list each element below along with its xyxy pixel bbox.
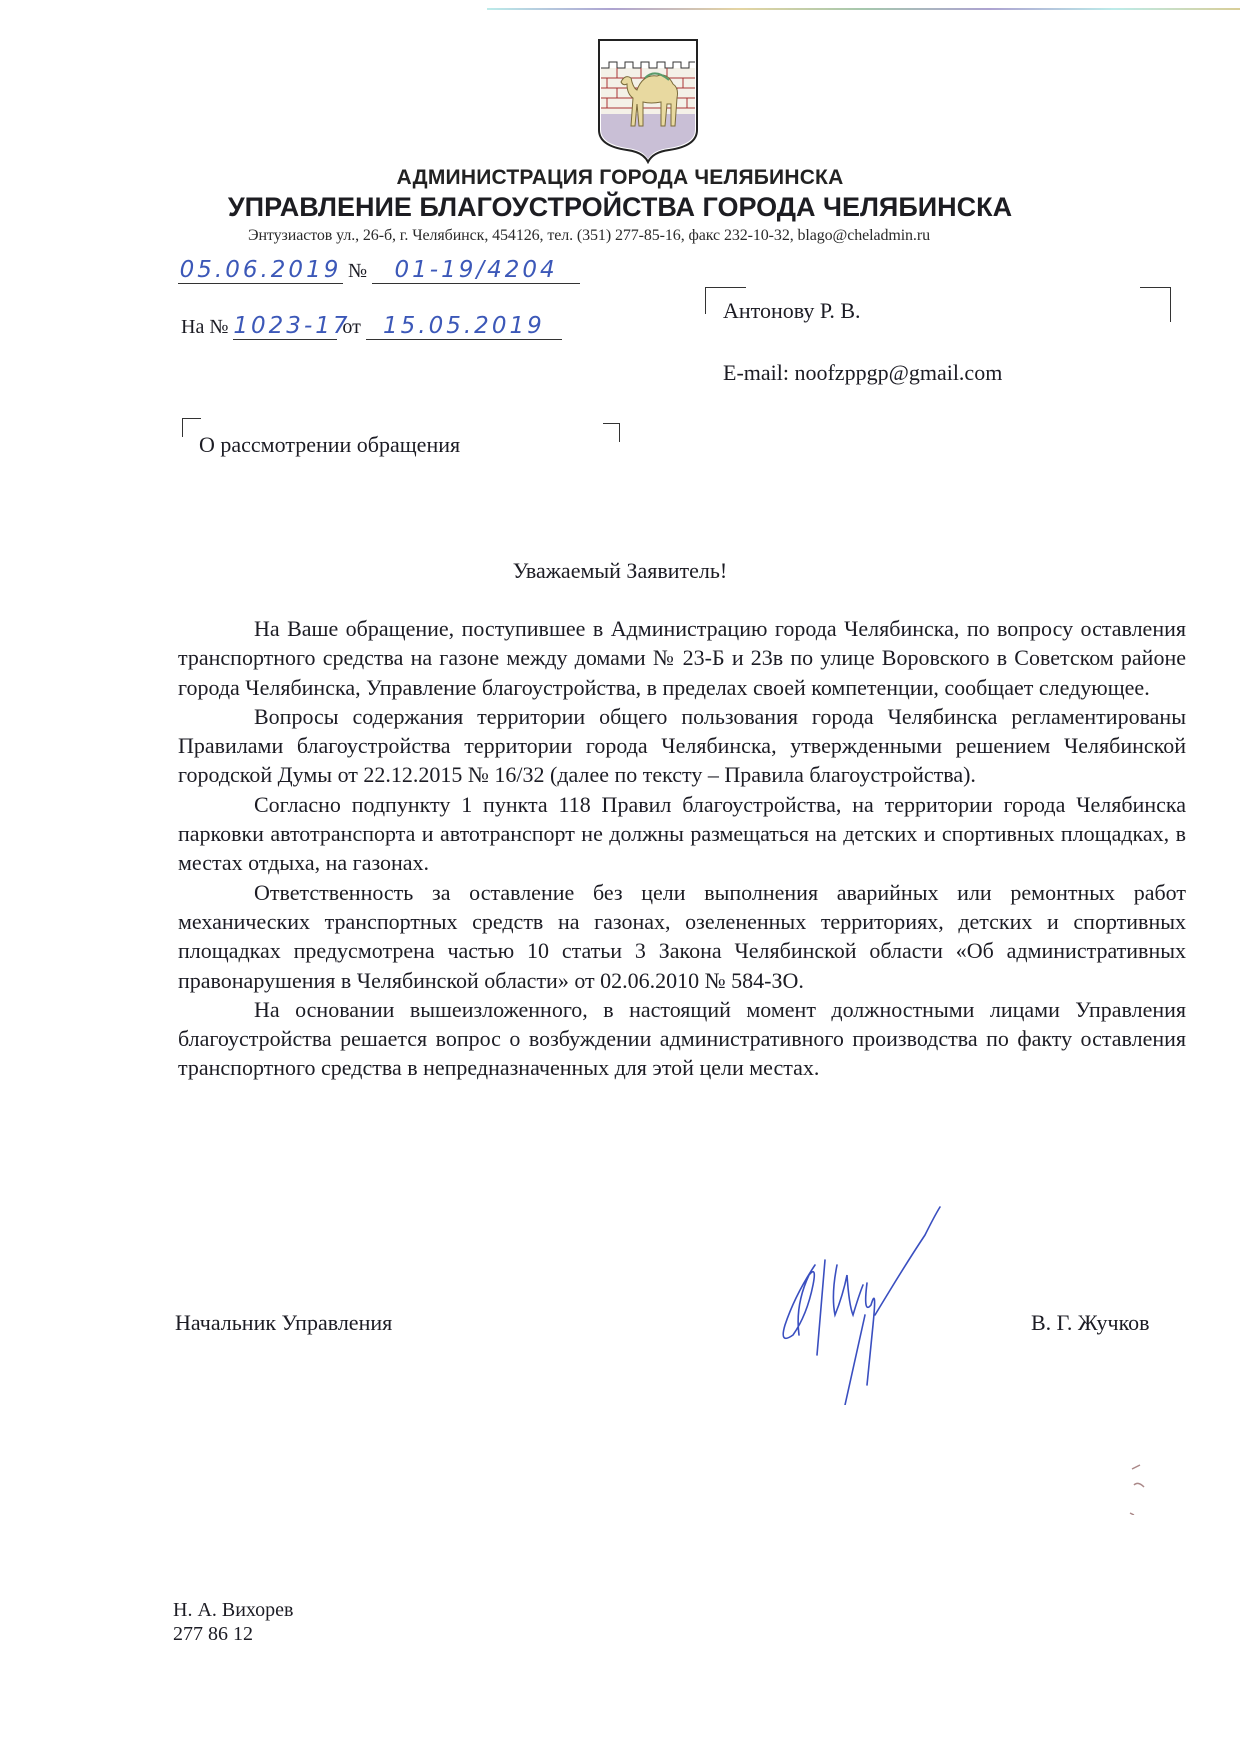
outgoing-registration: 05.06.2019 № 01-19/4204 (178, 257, 580, 284)
subject-bracket-right (603, 423, 620, 442)
outgoing-number: 01-19/4204 (372, 257, 580, 284)
reply-date: 15.05.2019 (366, 313, 562, 340)
body-paragraph: На основании вышеизложенного, в настоящи… (178, 995, 1186, 1083)
body-paragraph: На Ваше обращение, поступившее в Админис… (178, 614, 1186, 702)
signatory-title: Начальник Управления (175, 1310, 392, 1336)
reply-number: 1023-17 (233, 313, 337, 340)
letterhead-address: Энтузиастов ул., 26-б, г. Челябинск, 454… (248, 227, 930, 245)
handwritten-signature (755, 1205, 1020, 1405)
recipient-bracket-right (1140, 287, 1171, 322)
signatory-name: В. Г. Жучков (1031, 1310, 1150, 1336)
reply-from-label: от (342, 316, 360, 338)
letterhead-administration: АДМИНИСТРАЦИЯ ГОРОДА ЧЕЛЯБИНСКА (0, 166, 1240, 190)
body-paragraph: Согласно подпункту 1 пункта 118 Правил б… (178, 790, 1186, 878)
salutation: Уважаемый Заявитель! (0, 558, 1240, 584)
recipient-name: Антонову Р. В. (723, 298, 861, 324)
executor-name: Н. А. Вихорев (173, 1598, 294, 1622)
recipient-email: E-mail: noofzppgp@gmail.com (723, 360, 1002, 386)
letterhead-department: УПРАВЛЕНИЕ БЛАГОУСТРОЙСТВА ГОРОДА ЧЕЛЯБИ… (0, 192, 1240, 223)
body-paragraph: Ответственность за оставление без цели в… (178, 878, 1186, 995)
coat-of-arms-emblem (597, 38, 699, 164)
letter-body: На Ваше обращение, поступившее в Админис… (178, 614, 1186, 1083)
number-sign: № (348, 260, 367, 282)
outgoing-date: 05.06.2019 (178, 257, 343, 284)
reply-prefix: На № (181, 316, 228, 338)
executor-phone: 277 86 12 (173, 1622, 294, 1646)
body-paragraph: Вопросы содержания территории общего пол… (178, 702, 1186, 790)
scan-speck (1120, 1455, 1160, 1515)
executor-info: Н. А. Вихорев 277 86 12 (173, 1598, 294, 1646)
letter-subject: О рассмотрении обращения (199, 432, 460, 458)
scan-artifact-line (487, 8, 1240, 10)
incoming-reference: На № 1023-17 от 15.05.2019 (181, 313, 562, 340)
